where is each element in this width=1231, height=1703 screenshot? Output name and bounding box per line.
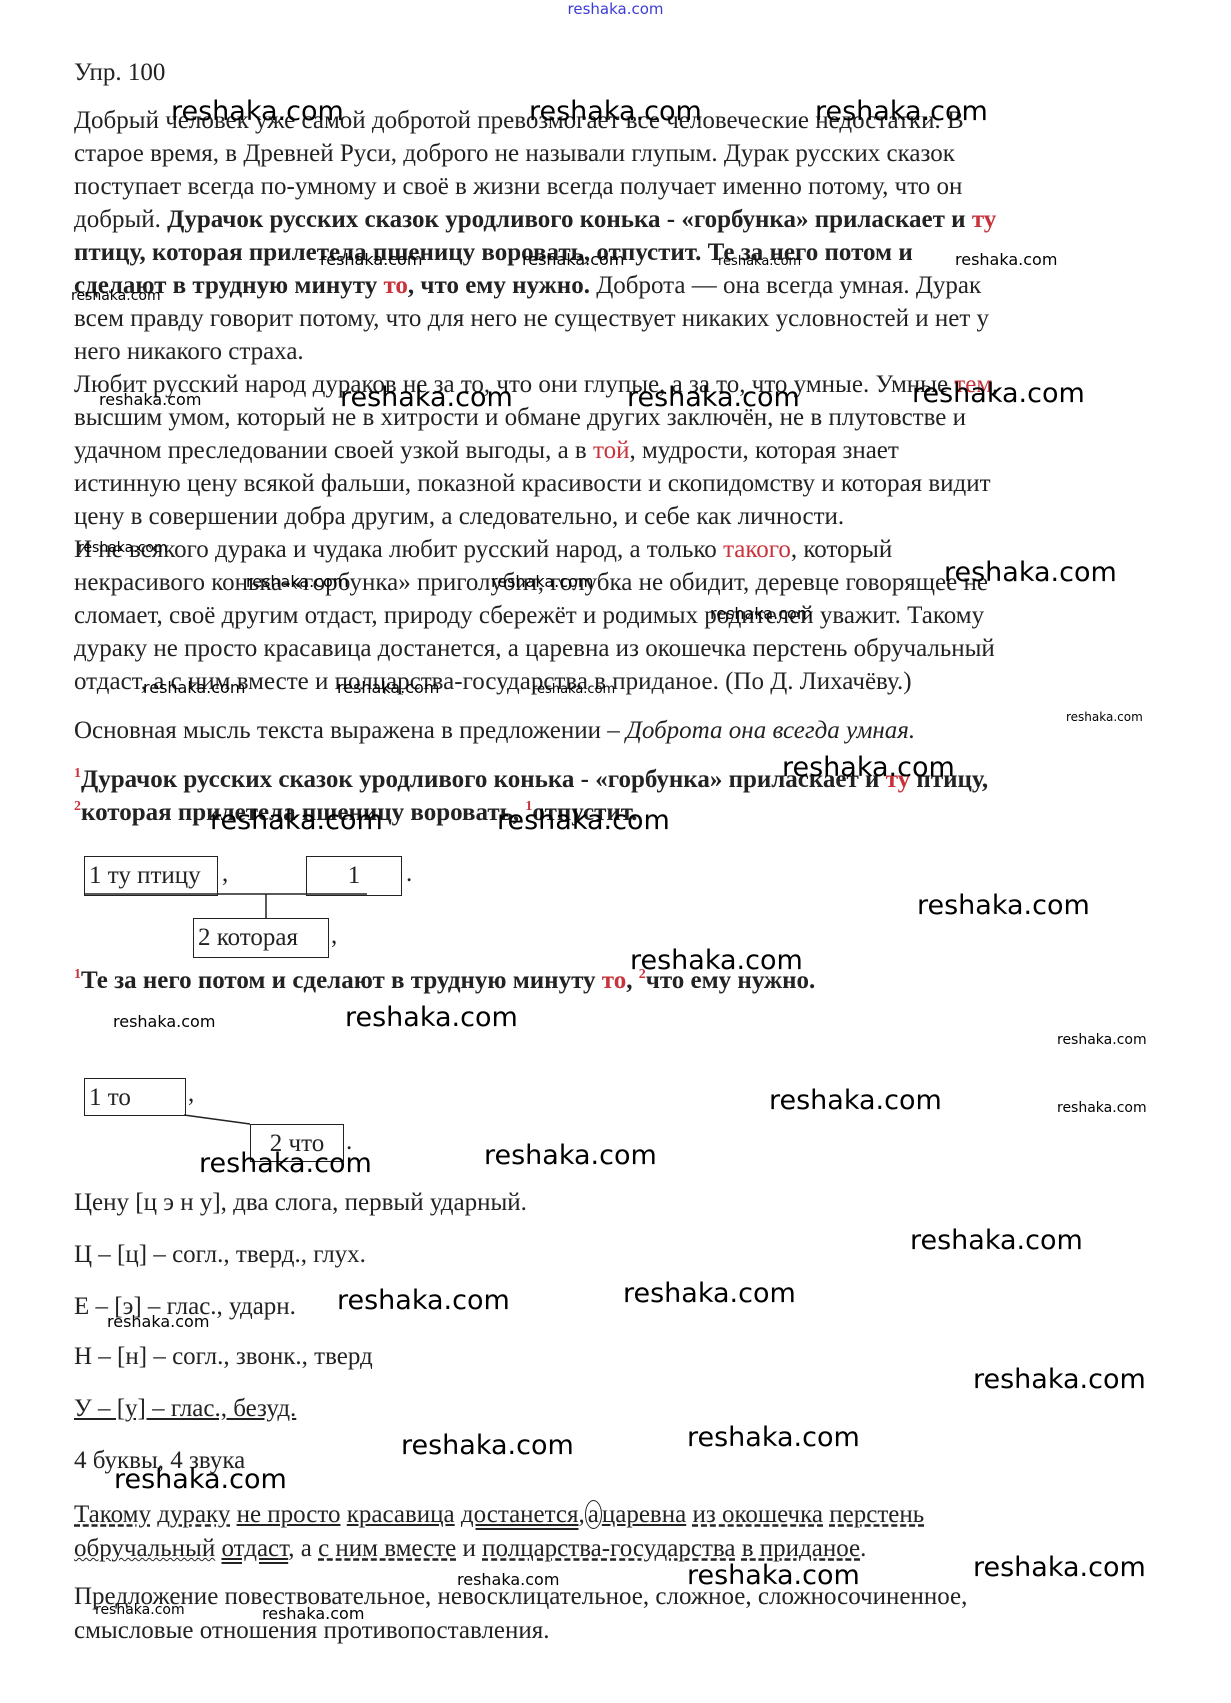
watermark: reshaka.com <box>497 805 670 836</box>
watermark: reshaka.com <box>627 382 800 413</box>
watermark: reshaka.com <box>1057 1032 1147 1048</box>
watermark: reshaka.com <box>944 557 1117 588</box>
scheme1-subordinate-box: 2 которая <box>193 918 329 958</box>
scheme2-main-clause-box: 1 то <box>84 1078 186 1116</box>
watermark: reshaka.com <box>687 1422 860 1453</box>
watermark: reshaka.com <box>532 682 615 697</box>
watermark: reshaka.com <box>246 572 348 591</box>
watermark: reshaka.com <box>529 96 702 127</box>
watermark: reshaka.com <box>171 96 344 127</box>
phonetic-word: Цену [ц э н у], два слога, первый ударны… <box>74 1188 527 1218</box>
watermark: reshaka.com <box>95 1602 185 1618</box>
watermark: reshaka.com <box>912 378 1085 409</box>
watermark: reshaka.com <box>71 288 161 304</box>
phonetic-row: У – [у] – глас., безуд. <box>74 1394 296 1424</box>
watermark: reshaka.com <box>345 1002 518 1033</box>
watermark: reshaka.com <box>623 1278 796 1309</box>
watermark: reshaka.com <box>99 390 201 409</box>
watermark: reshaka.com <box>210 805 383 836</box>
watermark: reshaka.com <box>782 752 955 783</box>
watermark: reshaka.com <box>630 945 803 976</box>
watermark: reshaka.com <box>718 254 801 269</box>
watermark: reshaka.com <box>114 1464 287 1495</box>
watermark: reshaka.com <box>337 678 439 697</box>
watermark: reshaka.com <box>107 1312 209 1331</box>
watermark: reshaka.com <box>687 1560 860 1591</box>
watermark: reshaka.com <box>973 1552 1146 1583</box>
watermark: reshaka.com <box>955 250 1057 269</box>
watermark: reshaka.com <box>973 1364 1146 1395</box>
watermark: reshaka.com <box>401 1430 574 1461</box>
watermark: reshaka.com <box>78 540 168 556</box>
conjunction-circle: а <box>585 1500 602 1529</box>
scheme1-main-clause-box: 1 ту птицу <box>84 856 218 896</box>
watermark: reshaka.com <box>337 1285 510 1316</box>
watermark: reshaka.com <box>262 1604 364 1623</box>
watermark: reshaka.com <box>457 1570 559 1589</box>
phonetic-row: Ц – [ц] – согл., тверд., глух. <box>74 1240 366 1270</box>
scheme1-main-clause-end-box: 1 <box>306 856 402 896</box>
parse-line-1: Такому дураку не просто красавица достан… <box>74 1500 924 1530</box>
watermark: reshaka.com <box>1066 710 1143 724</box>
watermark: reshaka.com <box>491 572 593 591</box>
watermark: reshaka.com <box>710 604 812 623</box>
watermark: reshaka.com <box>320 250 422 269</box>
phonetic-row: Н – [н] – согл., звонк., тверд <box>74 1342 373 1372</box>
watermark: reshaka.com <box>917 890 1090 921</box>
watermark: reshaka.com <box>769 1085 942 1116</box>
watermark: reshaka.com <box>815 96 988 127</box>
watermark: reshaka.com <box>143 678 245 697</box>
watermark: reshaka.com <box>522 250 624 269</box>
watermark: reshaka.com <box>113 1012 215 1031</box>
watermark: reshaka.com <box>199 1148 372 1179</box>
watermark: reshaka.com <box>1057 1100 1147 1116</box>
watermark: reshaka.com <box>340 382 513 413</box>
watermark: reshaka.com <box>484 1140 657 1171</box>
watermark: reshaka.com <box>910 1225 1083 1256</box>
